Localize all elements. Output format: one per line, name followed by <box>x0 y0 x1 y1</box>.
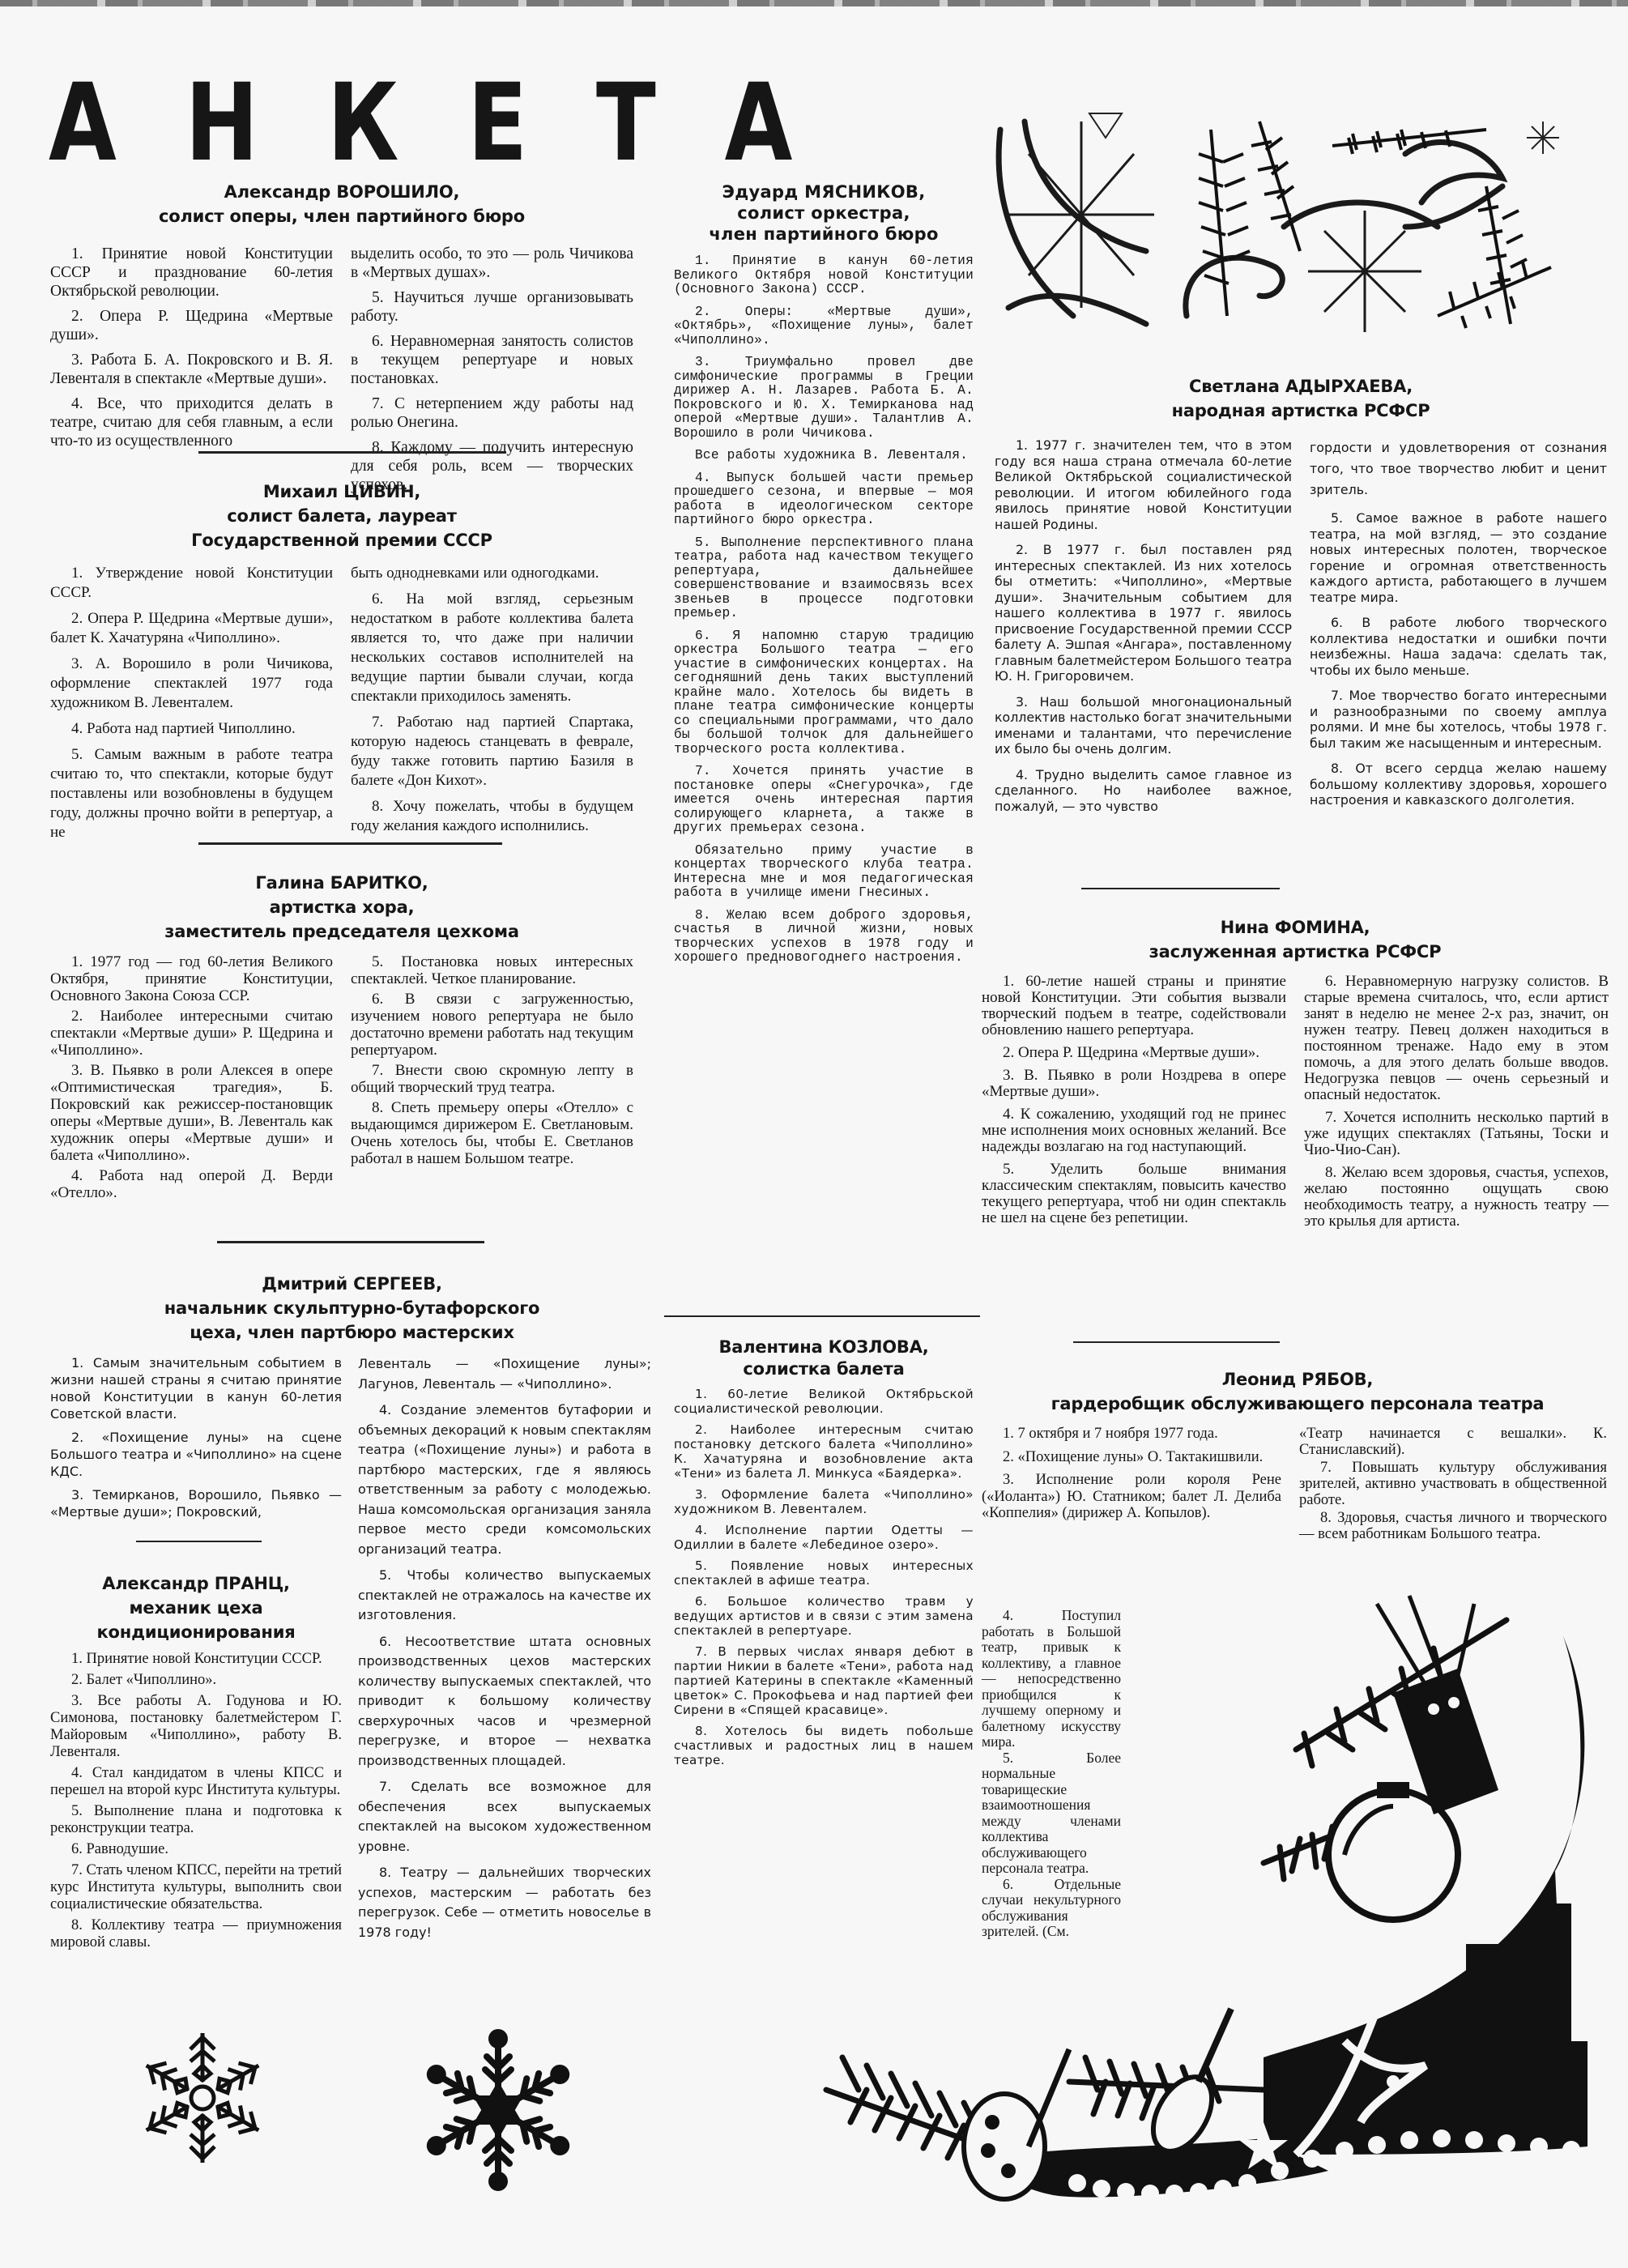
answer: 5. Появление новых интересных спектаклей… <box>674 1558 974 1588</box>
answer: 4. Выпуск большей части премьер прошедше… <box>674 471 974 528</box>
article-column-1: 1. Принятие новой Конституции СССР и пра… <box>50 245 333 501</box>
person-role: кондиционирования <box>50 1620 342 1644</box>
answer: 2. Наиболее интересными считаю спектакли… <box>50 1008 333 1059</box>
article-column-2: быть однодневками или одногодками. 6. На… <box>351 564 633 849</box>
section-divider <box>136 1541 262 1542</box>
article-heading: Дмитрий СЕРГЕЕВ, начальник скульптурно-б… <box>50 1272 654 1345</box>
page-title: А Н К Е Т А <box>49 81 792 165</box>
person-role: механик цеха <box>50 1596 342 1620</box>
answer: 1. 60-летие нашей страны и принятие ново… <box>982 974 1286 1038</box>
treble-clef-icon: 𝄞 <box>1511 1732 1563 1840</box>
answer: 8. Здоровья, счастья личного и творческо… <box>1299 1510 1607 1542</box>
answer: 4. Трудно выделить самое главное из сдел… <box>995 767 1292 815</box>
article-fomina: Нина ФОМИНА, заслуженная артистка РСФСР … <box>982 915 1609 1236</box>
answer: 3. А. Ворошило в роли Чичикова, оформлен… <box>50 654 333 713</box>
answer: 1. Принятие новой Конституции СССР и пра… <box>50 245 333 301</box>
article-ryabov-column-1: 1. 7 октября и 7 ноября 1977 года. 2. «П… <box>982 1426 1281 1524</box>
answer: 3. Оформление балета «Чиполлино» художни… <box>674 1487 974 1516</box>
article-heading: Александр ПРАНЦ, механик цеха кондициони… <box>50 1571 342 1644</box>
section-divider <box>217 1241 484 1243</box>
answer: 1. 1977 год — год 60-летия Великого Октя… <box>50 953 333 1004</box>
answer: 8. Желаю всем доброго здоровья, счастья … <box>674 909 974 966</box>
article-column-2: «Театр начинается с вешалки». К. Станисл… <box>1299 1426 1607 1542</box>
person-role: Государственной премии СССР <box>50 528 633 552</box>
section-divider <box>198 842 502 845</box>
article-column-1: 1. 60-летие нашей страны и принятие ново… <box>982 974 1286 1236</box>
answer: 7. Повышать культуру обслуживания зрител… <box>1299 1460 1607 1508</box>
person-role: солистка балета <box>674 1358 974 1380</box>
answer: 1. 60-летие Великой Октябрьской социалис… <box>674 1387 974 1416</box>
answer: 3. В. Пьявко в роли Ноздрева в опере «Ме… <box>982 1068 1286 1100</box>
answer: 6. Я напомню старую традицию оркестра Бо… <box>674 629 974 757</box>
christmas-tree-icon: 𝄞 <box>810 1588 1620 2236</box>
answer: 3. Работа Б. А. Покровского и В. Я. Леве… <box>50 351 333 388</box>
answer: 2. В 1977 г. был поставлен ряд интересны… <box>995 542 1292 684</box>
person-name: Михаил ЦИВИН, <box>50 480 633 504</box>
answer: 8. Хочу пожелать, чтобы в будущем году ж… <box>351 797 633 836</box>
answer: 5. Научиться лучше организовывать работу… <box>351 288 633 326</box>
article-heading: Галина БАРИТКО, артистка хора, заместите… <box>50 871 633 944</box>
answer: 5. Выполнение перспективного плана театр… <box>674 536 974 621</box>
person-name: Александр ПРАНЦ, <box>50 1571 342 1596</box>
section-divider <box>198 451 506 454</box>
answer: 3. В. Пьявко в роли Алексея в опере «Опт… <box>50 1062 333 1164</box>
answer: 6. На мой взгляд, серьезным недостатком … <box>351 590 633 706</box>
answer: выделить особо, то это — роль Чичикова в… <box>351 245 633 282</box>
person-role: народная артистка РСФСР <box>995 399 1607 423</box>
person-name: Галина БАРИТКО, <box>50 871 633 895</box>
person-role: артистка хора, <box>50 895 633 919</box>
answer: «Театр начинается с вешалки». К. Станисл… <box>1299 1426 1607 1458</box>
answer: гордости и удовлетворения от сознания то… <box>1310 437 1607 501</box>
answer: 7. Работаю над партией Спартака, которую… <box>351 713 633 791</box>
answer: 3. Все работы А. Годунова и Ю. Симонова,… <box>50 1693 342 1761</box>
answer: 2. Балет «Чиполлино». <box>50 1672 342 1689</box>
section-divider <box>1081 888 1280 889</box>
article-sergeev-column-2: Левенталь — «Похищение луны»; Лагунов, Л… <box>358 1354 651 1949</box>
answer: 7. Внести свою скромную лепту в общий тв… <box>351 1062 633 1096</box>
person-role: начальник скульптурно-бутафорского <box>50 1296 654 1320</box>
answer: быть однодневками или одногодками. <box>351 564 633 583</box>
answer: 8. Коллективу театра — приумножения миро… <box>50 1917 342 1951</box>
answer: 2. Опера Р. Щедрина «Мертвые души». <box>50 307 333 344</box>
person-role: гардеробщик обслуживающего персонала теа… <box>982 1392 1613 1416</box>
answer: 8. От всего сердца желаю нашему большому… <box>1310 761 1607 808</box>
article-myasnikov: Эдуард МЯСНИКОВ, солист оркестра, член п… <box>674 181 974 974</box>
article-tsivin: Михаил ЦИВИН, солист балета, лауреат Гос… <box>50 480 633 849</box>
article-column-2: 5. Постановка новых интересных спектакле… <box>351 953 633 1204</box>
article-column-1: 1. Принятие новой Конституции СССР. 2. Б… <box>50 1651 342 1951</box>
person-name: Нина ФОМИНА, <box>982 915 1609 940</box>
page-top-edge <box>0 0 1628 6</box>
answer: 4. Работа над оперой Д. Верди «Отелло». <box>50 1167 333 1201</box>
answer: 6. В работе любого творческого коллектив… <box>1310 615 1607 678</box>
title-letter: Е <box>467 81 527 165</box>
answer: 8. Спеть премьеру оперы «Отелло» с выдаю… <box>351 1099 633 1167</box>
answer: 5. Чтобы количество выпускаемых спектакл… <box>358 1566 651 1626</box>
title-letter: К <box>327 81 398 165</box>
answer: Левенталь — «Похищение луны»; Лагунов, Л… <box>358 1354 651 1394</box>
person-name: Леонид РЯБОВ, <box>982 1367 1613 1392</box>
answer: 1. Утверждение новой Конституции СССР. <box>50 564 333 603</box>
person-name: Валентина КОЗЛОВА, <box>674 1336 974 1358</box>
article-column-1: 1. 7 октября и 7 ноября 1977 года. 2. «П… <box>982 1426 1281 1522</box>
frost-ornament-illustration <box>984 105 1579 336</box>
snowflake-solid-illustration <box>413 2029 583 2191</box>
answer: 1. Принятие в канун 60-летия Великого Ок… <box>674 254 974 297</box>
answer: 4. Стал кандидатом в члены КПСС и переше… <box>50 1765 342 1799</box>
article-column-1: 1. 1977 г. значителен тем, что в этом го… <box>995 437 1292 824</box>
article-ryabov-column-2: «Театр начинается с вешалки». К. Станисл… <box>1299 1426 1607 1544</box>
article-heading: Валентина КОЗЛОВА, солистка балета <box>674 1336 974 1380</box>
person-role: член партийного бюро <box>674 224 974 245</box>
answer: 6. Неравномерную нагрузку солистов. В ст… <box>1304 974 1609 1103</box>
article-prants: Александр ПРАНЦ, механик цеха кондициони… <box>50 1571 342 1955</box>
section-divider <box>664 1315 980 1317</box>
article-ryabov: Леонид РЯБОВ, гардеробщик обслуживающего… <box>982 1367 1613 1416</box>
article-sergeev-column-1: 1. Самым значительным событием в жизни н… <box>50 1354 342 1527</box>
answer: 7. Сделать все возможное для обеспечения… <box>358 1777 651 1857</box>
article-column-2: 6. Неравномерную нагрузку солистов. В ст… <box>1304 974 1609 1236</box>
answer: 2. Наиболее интересным считаю постановку… <box>674 1422 974 1481</box>
person-name: Дмитрий СЕРГЕЕВ, <box>50 1272 654 1296</box>
answer: 4. Создание элементов бутафории и объемн… <box>358 1400 651 1559</box>
answer: 7. Мое творчество богато интересными и р… <box>1310 688 1607 751</box>
answer: 5. Самым важным в работе театра считаю т… <box>50 745 333 842</box>
article-heading: Леонид РЯБОВ, гардеробщик обслуживающего… <box>982 1367 1613 1416</box>
answer: 4. Исполнение партии Одетты — Одиллии в … <box>674 1523 974 1552</box>
article-sergeev: Дмитрий СЕРГЕЕВ, начальник скульптурно-б… <box>50 1272 654 1345</box>
person-role: солист балета, лауреат <box>50 504 633 528</box>
answer: 2. Опера Р. Щедрина «Мертвые души», бале… <box>50 609 333 648</box>
answer: 5. Выполнение плана и подготовка к рекон… <box>50 1803 342 1837</box>
article-column-2: Левенталь — «Похищение луны»; Лагунов, Л… <box>358 1354 651 1942</box>
article-baritko: Галина БАРИТКО, артистка хора, заместите… <box>50 871 633 1204</box>
answer: 6. В связи с загруженностью, изучением н… <box>351 991 633 1059</box>
person-role: заслуженная артистка РСФСР <box>982 940 1609 964</box>
article-heading: Светлана АДЫРХАЕВА, народная артистка РС… <box>995 374 1607 423</box>
answer: 8. Театру — дальнейших творческих успехо… <box>358 1863 651 1942</box>
title-letter: А <box>49 81 117 165</box>
answer: 4. К сожалению, уходящий год не принес м… <box>982 1106 1286 1155</box>
answer: 3. Триумфально провел две симфонические … <box>674 356 974 441</box>
answer: 2. «Похищение луны» на сцене Большого те… <box>50 1429 342 1480</box>
article-column-1: 1. Самым значительным событием в жизни н… <box>50 1354 342 1520</box>
article-column-1: 1. 1977 год — год 60-летия Великого Октя… <box>50 953 333 1204</box>
section-divider <box>1073 1341 1280 1343</box>
answer: 6. Равнодушие. <box>50 1841 342 1858</box>
answer: 2. Опера Р. Щедрина «Мертвые души». <box>982 1045 1286 1061</box>
answer: 5. Уделить больше внимания классическим … <box>982 1162 1286 1226</box>
answer: 3. Темирканов, Ворошило, Пьявко — «Мертв… <box>50 1486 342 1520</box>
answer: 2. Оперы: «Мертвые души», «Октябрь», «По… <box>674 305 974 348</box>
person-role: солист оркестра, <box>674 202 974 224</box>
answer: 5. Постановка новых интересных спектакле… <box>351 953 633 987</box>
person-role: солист оперы, член партийного бюро <box>50 204 633 228</box>
answer: 7. Хочется исполнить несколько партий в … <box>1304 1110 1609 1158</box>
answer: 4. Все, что приходится делать в театре, … <box>50 394 333 450</box>
person-name: Светлана АДЫРХАЕВА, <box>995 374 1607 399</box>
answer: 1. Самым значительным событием в жизни н… <box>50 1354 342 1422</box>
answer: 6. Неравномерная занятость солистов в те… <box>351 332 633 388</box>
answer: 7. С нетерпением жду работы над ролью Он… <box>351 394 633 432</box>
snowflake-icon <box>130 2021 275 2175</box>
answer: 7. Стать членом КПСС, перейти на третий … <box>50 1862 342 1913</box>
article-heading: Михаил ЦИВИН, солист балета, лауреат Гос… <box>50 480 633 552</box>
person-role: заместитель председателя цехкома <box>50 919 633 944</box>
answer: Обязательно приму участие в концертах тв… <box>674 844 974 901</box>
answer: 1. 1977 г. значителен тем, что в этом го… <box>995 437 1292 532</box>
answer: 4. Работа над партией Чиполлино. <box>50 719 333 739</box>
answer: 3. Наш большой многонациональный коллект… <box>995 694 1292 757</box>
christmas-branch-illustration: 𝄞 <box>810 1588 1620 2236</box>
title-letter: Н <box>185 81 259 165</box>
title-letter: Т <box>596 81 656 165</box>
fir-branch-ornament-icon <box>984 105 1579 336</box>
article-adyrkhaeva: Светлана АДЫРХАЕВА, народная артистка РС… <box>995 374 1607 824</box>
answer: 7. Хочется принять участие в постановке … <box>674 765 974 836</box>
article-column-1: 1. Утверждение новой Конституции СССР. 2… <box>50 564 333 849</box>
answer: 5. Самое важное в работе нашего театра, … <box>1310 510 1607 605</box>
article-heading: Нина ФОМИНА, заслуженная артистка РСФСР <box>982 915 1609 964</box>
article-column-2: гордости и удовлетворения от сознания то… <box>1310 437 1607 824</box>
answer: 2. «Похищение луны» О. Тактакишвили. <box>982 1449 1281 1466</box>
article-column-2: выделить особо, то это — роль Чичикова в… <box>351 245 633 501</box>
answer: Все работы художника В. Левенталя. <box>674 449 974 463</box>
article-heading: Александр ВОРОШИЛО, солист оперы, член п… <box>50 180 633 228</box>
answer: 8. Желаю всем здоровья, счастья, успехов… <box>1304 1165 1609 1230</box>
answer: 1. Принятие новой Конституции СССР. <box>50 1651 342 1668</box>
answer: 1. 7 октября и 7 ноября 1977 года. <box>982 1426 1281 1443</box>
title-letter: А <box>725 81 793 165</box>
snowflake-icon <box>413 2029 583 2191</box>
article-heading: Эдуард МЯСНИКОВ, солист оркестра, член п… <box>674 181 974 245</box>
answer: 6. Несоответствие штата основных произво… <box>358 1632 651 1771</box>
person-role: цеха, член партбюро мастерских <box>50 1320 654 1345</box>
person-name: Эдуард МЯСНИКОВ, <box>674 181 974 202</box>
article-column-1: 1. Принятие в канун 60-летия Великого Ок… <box>674 254 974 966</box>
answer: 3. Исполнение роли короля Рене («Иоланта… <box>982 1472 1281 1522</box>
person-name: Александр ВОРОШИЛО, <box>50 180 633 204</box>
snowflake-outline-illustration <box>130 2021 275 2175</box>
